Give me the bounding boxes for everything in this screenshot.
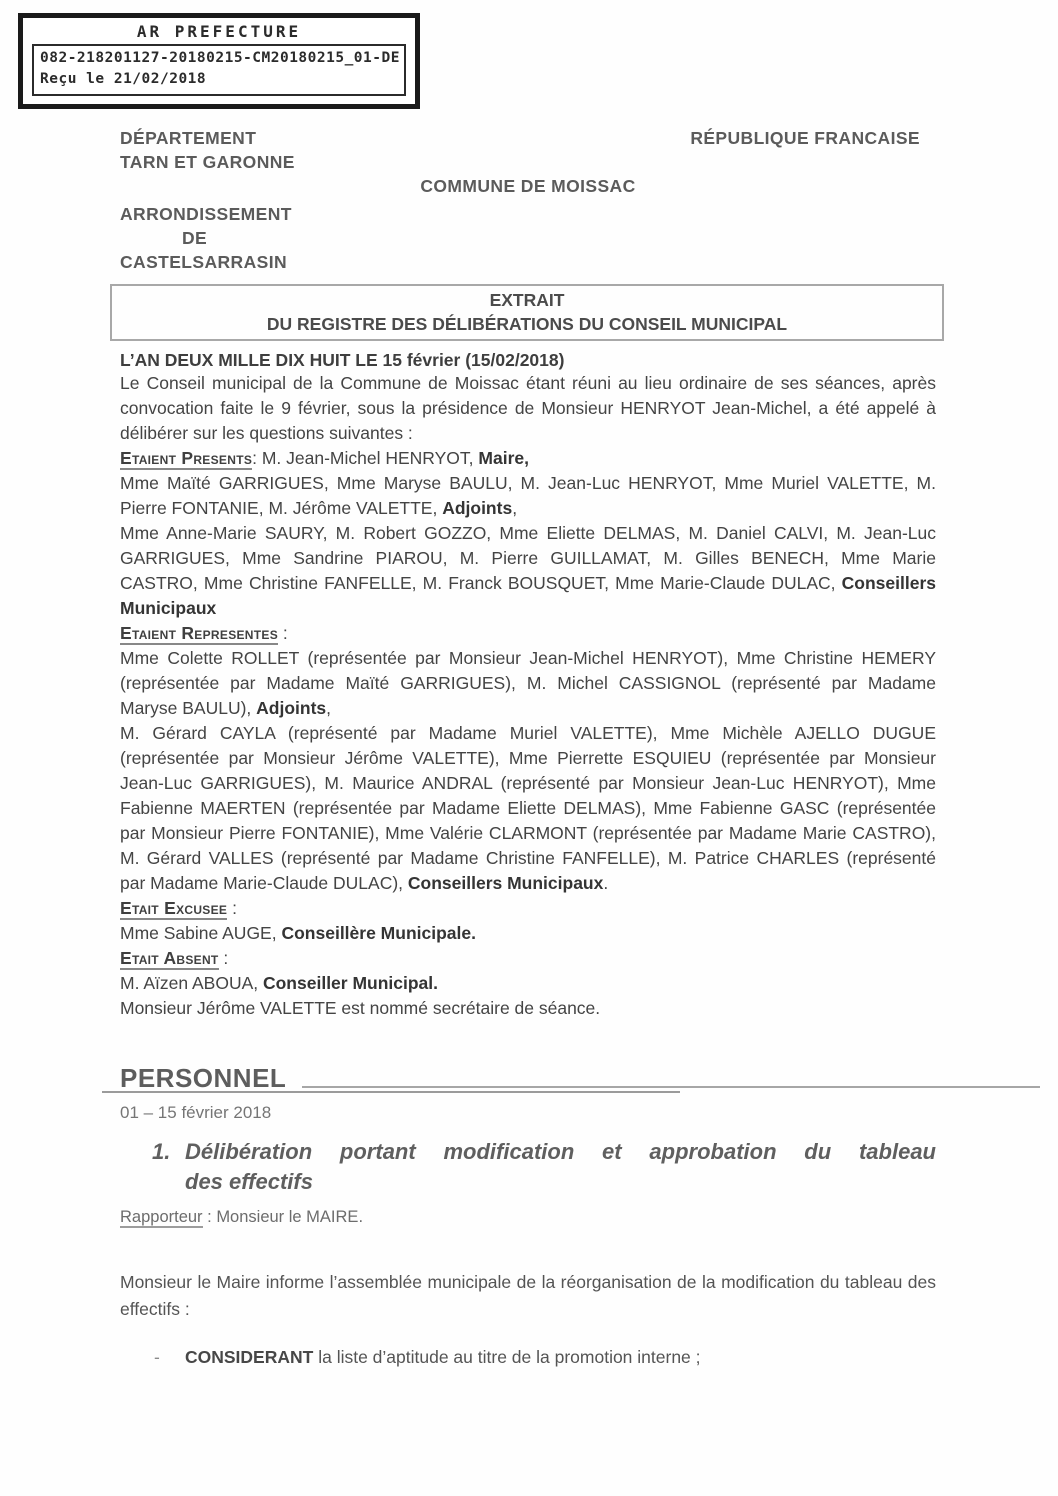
session-date-line: L’AN DEUX MILLE DIX HUIT LE 15 février (… (120, 350, 936, 371)
rapporteur-line: Rapporteur : Monsieur le MAIRE. (120, 1208, 936, 1227)
extrait-line1: EXTRAIT (112, 288, 942, 312)
session-intro-paragraph: Le Conseil municipal de la Commune de Mo… (120, 371, 936, 446)
republique-label: RÉPUBLIQUE FRANCAISE (690, 126, 920, 150)
commune-name: COMMUNE DE MOISSAC (120, 174, 936, 198)
excusee-role: Conseillère Municipale. (281, 923, 476, 943)
departement-name: TARN ET GARONNE (120, 150, 936, 174)
stamp-reference: 082-218201127-20180215-CM20180215_01-DE (40, 48, 398, 69)
arrondissement-de: DE (120, 226, 936, 250)
presents-adjoints-paragraph: Mme Maïté GARRIGUES, Mme Maryse BAULU, M… (120, 471, 936, 521)
extrait-line2: DU REGISTRE DES DÉLIBÉRATIONS DU CONSEIL… (112, 312, 942, 336)
item-title-line1: Délibération portant modification et app… (185, 1137, 936, 1167)
excusee-heading: Etait Excusee : (120, 896, 936, 921)
document-body: DÉPARTEMENT RÉPUBLIQUE FRANCAISE TARN ET… (120, 126, 936, 1368)
considerant-item: - CONSIDERANT la liste d’aptitude au tit… (120, 1347, 936, 1368)
arrondissement-name: CASTELSARRASIN (120, 250, 936, 274)
absent-paragraph: M. Aïzen ABOUA, Conseiller Municipal. (120, 971, 936, 996)
representes-heading: Etaient Representes : (120, 621, 936, 646)
considerant-keyword: CONSIDERANT (185, 1347, 313, 1367)
maire-role: Maire, (478, 448, 529, 468)
representes-label: Etaient Representes (120, 623, 278, 645)
presents-label: Etaient Presents (120, 448, 252, 470)
dash-bullet: - (154, 1347, 185, 1368)
conseillers-role: Conseillers Municipaux (408, 873, 603, 893)
representes-adjoints-paragraph: Mme Colette ROLLET (représentée par Mons… (120, 646, 936, 721)
presents-paragraph: Etaient Presents: M. Jean-Michel HENRYOT… (120, 446, 936, 471)
absent-label: Etait Absent (120, 948, 219, 970)
representes-conseillers-paragraph: M. Gérard CAYLA (représenté par Madame M… (120, 721, 936, 896)
presents-conseillers-paragraph: Mme Anne-Marie SAURY, M. Robert GOZZO, M… (120, 521, 936, 621)
section-heading: PERSONNEL (120, 1063, 936, 1099)
absent-role: Conseiller Municipal. (263, 973, 438, 993)
maire-intro-paragraph: Monsieur le Maire informe l’assemblée mu… (120, 1269, 936, 1323)
item-title-line2: des effectifs (185, 1167, 936, 1197)
deliberation-item-title: 1. Délibération portant modification et … (120, 1137, 936, 1197)
prefecture-stamp: AR PREFECTURE 082-218201127-20180215-CM2… (18, 13, 420, 109)
letterhead-row-1: DÉPARTEMENT RÉPUBLIQUE FRANCAISE (120, 126, 936, 150)
stamp-title: AR PREFECTURE (32, 22, 406, 41)
section-title: PERSONNEL (120, 1063, 286, 1093)
excusee-label: Etait Excusee (120, 898, 227, 920)
scanned-deliberation-document: AR PREFECTURE 082-218201127-20180215-CM2… (0, 0, 1058, 1496)
secretary-line: Monsieur Jérôme VALETTE est nommé secrét… (120, 996, 936, 1021)
adjoints-role: Adjoints (256, 698, 326, 718)
extrait-title-box: EXTRAIT DU REGISTRE DES DÉLIBÉRATIONS DU… (110, 284, 944, 341)
excusee-paragraph: Mme Sabine AUGE, Conseillère Municipale. (120, 921, 936, 946)
heading-rule-lower (102, 1091, 680, 1093)
departement-label: DÉPARTEMENT (120, 126, 256, 150)
arrondissement-label: ARRONDISSEMENT (120, 202, 936, 226)
absent-heading: Etait Absent : (120, 946, 936, 971)
item-number: 1. (152, 1137, 185, 1197)
section-subtitle: 01 – 15 février 2018 (120, 1103, 936, 1123)
heading-rule-upper (302, 1086, 1040, 1088)
stamp-reference-box: 082-218201127-20180215-CM20180215_01-DE … (32, 44, 406, 96)
rapporteur-label: Rapporteur (120, 1208, 203, 1228)
stamp-received-date: Reçu le 21/02/2018 (40, 69, 398, 90)
adjoints-role: Adjoints (442, 498, 512, 518)
